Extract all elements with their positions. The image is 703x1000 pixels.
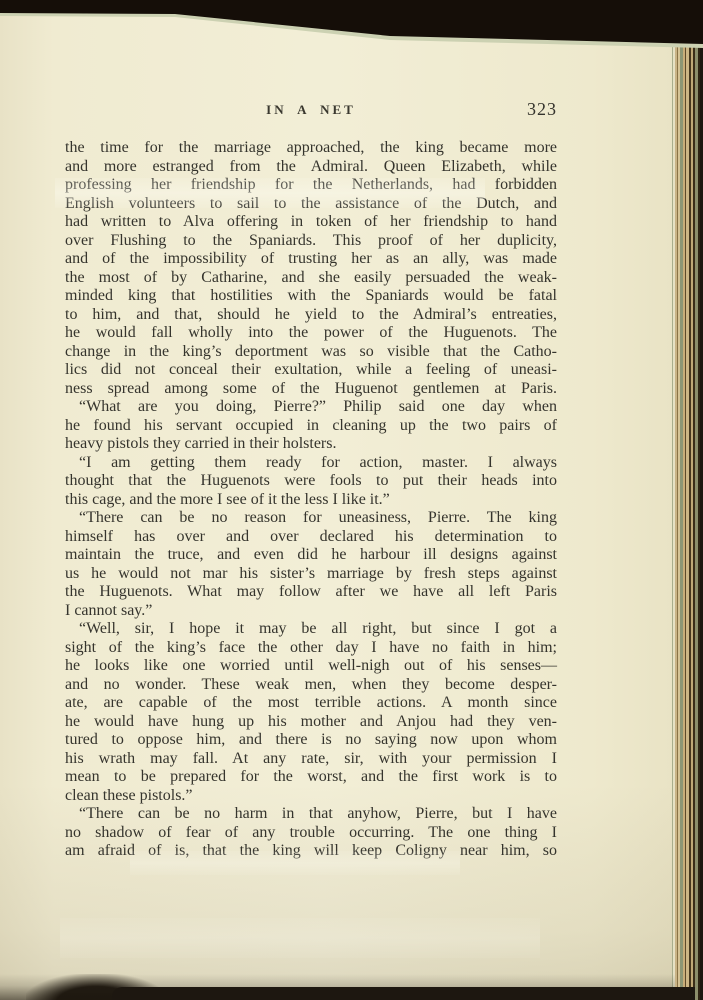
body-line: “There can be no harm in that anyhow, Pi… [65, 805, 557, 824]
body-line: professing her friendship for the Nether… [65, 176, 557, 195]
body-line: and no wonder. These weak men, when they… [65, 676, 557, 695]
paragraph: “I am getting them ready for action, mas… [65, 454, 557, 510]
book-scan: IN A NET 323 the time for the marriage a… [0, 0, 703, 1000]
body-line: English volunteers to sail to the assist… [65, 195, 557, 214]
body-line: “What are you doing, Pierre?” Philip sai… [65, 398, 557, 417]
body-line: ate, are capable of the most terrible ac… [65, 694, 557, 713]
body-line: his wrath may fall. At any rate, sir, wi… [65, 750, 557, 769]
body-line: mean to be prepared for the worst, and t… [65, 768, 557, 787]
scan-artifact [60, 918, 540, 958]
paragraph: “Well, sir, I hope it may be all right, … [65, 620, 557, 805]
running-head: IN A NET 323 [65, 99, 557, 121]
body-line: he found his servant occupied in cleanin… [65, 417, 557, 436]
body-line: ness spread among some of the Huguenot g… [65, 380, 557, 399]
paragraph: “What are you doing, Pierre?” Philip sai… [65, 398, 557, 454]
body-line: the most of by Catharine, and she easily… [65, 269, 557, 288]
body-line: he would have hung up his mother and Anj… [65, 713, 557, 732]
page-number: 323 [527, 99, 557, 120]
body-line: he would fall wholly into the power of t… [65, 324, 557, 343]
body-line: us he would not mar his sister’s marriag… [65, 565, 557, 584]
body-line: heavy pistols they carried in their hols… [65, 435, 557, 454]
body-line: minded king that hostilities with the Sp… [65, 287, 557, 306]
body-line: and of the impossibility of trusting her… [65, 250, 557, 269]
body-line: “I am getting them ready for action, mas… [65, 454, 557, 473]
book-fore-edge [672, 42, 703, 1000]
body-line: maintain the truce, and even did he harb… [65, 546, 557, 565]
body-line: tured to oppose him, and there is no say… [65, 731, 557, 750]
body-line: sight of the king’s face the other day I… [65, 639, 557, 658]
body-line: the Huguenots. What may follow after we … [65, 583, 557, 602]
body-line: he looks like one worried until well-nig… [65, 657, 557, 676]
body-line: this cage, and the more I see of it the … [65, 491, 557, 510]
body-line: am afraid of is, that the king will keep… [65, 842, 557, 861]
body-line: himself has over and over declared his d… [65, 528, 557, 547]
body-line: and more estranged from the Admiral. Que… [65, 158, 557, 177]
body-line: the time for the marriage approached, th… [65, 139, 557, 158]
body-line: had written to Alva offering in token of… [65, 213, 557, 232]
paragraph: “There can be no reason for uneasiness, … [65, 509, 557, 620]
body-line: change in the king’s deportment was so v… [65, 343, 557, 362]
body-line: thought that the Huguenots were fools to… [65, 472, 557, 491]
paragraph: “There can be no harm in that anyhow, Pi… [65, 805, 557, 861]
body-line: to him, and that, should he yield to the… [65, 306, 557, 325]
body-line: lics did not conceal their exultation, w… [65, 361, 557, 380]
text-body: the time for the marriage approached, th… [65, 139, 557, 861]
book-page: IN A NET 323 the time for the marriage a… [0, 13, 672, 1000]
body-line: no shadow of fear of any trouble occurri… [65, 824, 557, 843]
body-line: over Flushing to the Spaniards. This pro… [65, 232, 557, 251]
body-line: “There can be no reason for uneasiness, … [65, 509, 557, 528]
body-line: clean these pistols.” [65, 787, 557, 806]
scan-bottom-band [112, 987, 695, 1000]
body-line: I cannot say.” [65, 602, 557, 621]
running-head-title: IN A NET [65, 102, 557, 118]
body-line: “Well, sir, I hope it may be all right, … [65, 620, 557, 639]
paragraph: the time for the marriage approached, th… [65, 139, 557, 398]
